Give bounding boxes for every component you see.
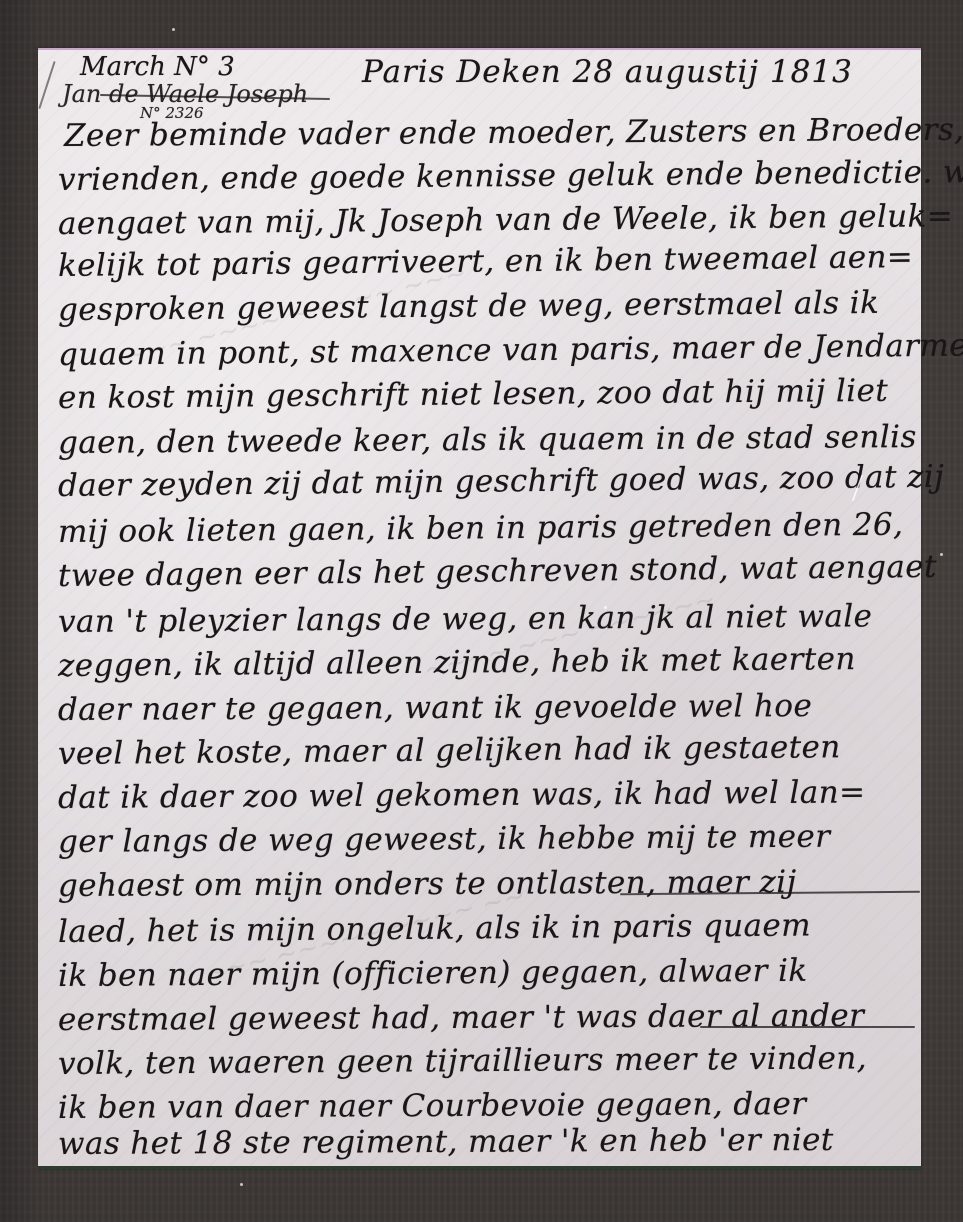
- letter-line: mij ook lieten gaen, ik ben in paris get…: [58, 505, 915, 552]
- letter-line: volk, ten waeren geen tijraillieurs meer…: [58, 1038, 915, 1084]
- letter-line: gaen, den tweede keer, als ik quaem in d…: [58, 417, 915, 463]
- underline-stroke: [700, 1026, 915, 1028]
- letter-line: vrienden, ende goede kennisse geluk ende…: [58, 153, 915, 200]
- letter-line: Zeer beminde vader ende moeder, Zusters …: [64, 110, 915, 156]
- letter-line: aengaet van mij, Jk Joseph van de Weele,…: [58, 197, 915, 244]
- letter-line: ik ben naer mijn (officieren) gegaen, al…: [58, 950, 915, 996]
- letter-line: laed, het is mijn ongeluk, als ik in par…: [58, 905, 915, 952]
- dust-speck: [604, 606, 607, 609]
- letter-line: zeggen, ik altijd alleen zijnde, heb ik …: [58, 639, 915, 686]
- letter-line: daer naer te gegaen, want ik gevoelde we…: [58, 686, 915, 730]
- letter-line: eerstmael geweest had, maer 't was daer …: [58, 996, 915, 1040]
- letter-line: was het 18 ste regiment, maer 'k en heb …: [58, 1120, 915, 1164]
- letter-line: gesproken geweest langst de weg, eerstma…: [58, 283, 915, 330]
- letter-line: en kost mijn geschrift niet lesen, zoo d…: [58, 371, 915, 418]
- dust-speck: [240, 1183, 243, 1186]
- letter-line: dat ik daer zoo wel gekomen was, ik had …: [58, 772, 915, 818]
- letter-line: gehaest om mijn onders te ontlasten, mae…: [58, 862, 915, 906]
- letter-line: ger langs de weg geweest, ik hebbe mij t…: [58, 816, 915, 862]
- photo-background: [0, 0, 40, 1222]
- dust-speck: [940, 553, 943, 556]
- letter-line: veel het koste, maer al gelijken had ik …: [58, 727, 915, 774]
- place-and-date: Paris Deken 28 augustij 1813: [362, 54, 853, 90]
- letter-line: van 't pleyzier langs de weg, en kan jk …: [58, 596, 915, 642]
- dust-speck: [172, 28, 175, 31]
- archive-reference: March N° 3: [80, 52, 235, 82]
